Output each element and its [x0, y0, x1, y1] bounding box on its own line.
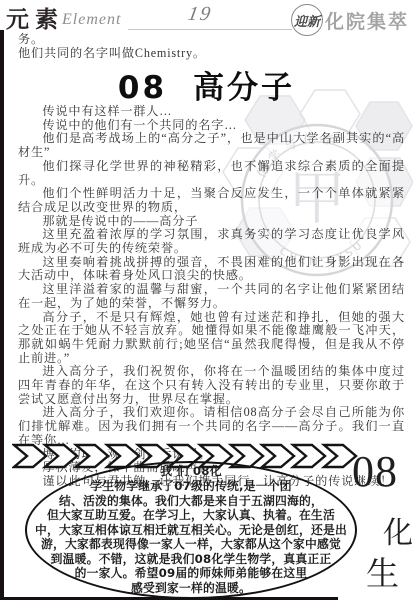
oval-line: 中，大家互相体谅互相迁就互相关心。无论是创红，还是出 — [35, 523, 347, 538]
oval-line: 结、活泼的集体。我们大都是来自于五湖四海的， — [59, 494, 323, 509]
scanned-page: 化学与化学 CHEM SYSU 甲 元素 Element 19 迎新 化院集萃 … — [0, 0, 413, 600]
side-label-number: 08 — [352, 446, 398, 497]
oval-line: 我 们 08化 — [160, 464, 221, 479]
masthead-logo-zh: 元素 — [6, 1, 64, 34]
paragraph: 传说中有这样一群人… — [18, 105, 405, 119]
oval-line: 到温暖。不错，这就是我们08化学生物学，真真正正 — [51, 552, 332, 567]
carryover-text: 务。 他们共同的名字叫做Chemistry。 — [18, 33, 405, 61]
header-rule — [128, 29, 292, 30]
article-title-text: 高分子 — [193, 70, 295, 106]
section-badge-label: 化院集萃 — [325, 7, 409, 34]
paragraph: 这里奏响着挑战拼搏的强音，不畏困难的他们让身影出现在各大活动中，体味着身处风口浪… — [18, 256, 405, 283]
section-badge: 迎新 化院集萃 — [291, 4, 409, 36]
oval-line: 但大家互助互爱。在学习上，大家认真、执着。在生活 — [47, 508, 335, 523]
paragraph: 他们是高考战场上的“高分之子”，也是中山大学名副其实的“高材生” — [18, 132, 405, 159]
paragraph: 进入高分子，我们欢迎你。请相信08高分子会尽自己所能为你们排忧解难。因为我们拥有… — [18, 406, 405, 447]
oval-line: 学生物学继承了07级的传统,是一个团 — [90, 479, 291, 494]
article-body: 传说中有这样一群人… 传说中的他们有一个共同的名字… 他们是高考战场上的“高分之… — [18, 105, 405, 489]
carryover-line: 他们共同的名字叫做Chemistry。 — [18, 47, 405, 61]
paragraph: 他们探寻化学世界的神秘精彩，也不懈追求综合素质的全面提升。 — [18, 160, 405, 187]
welcome-stamp-icon: 迎新 — [291, 4, 323, 36]
article-title-number: 08 — [118, 70, 167, 106]
oval-line: 游，大家都表现得像一家人一样，大家都从这个家中感觉 — [41, 537, 341, 552]
masthead-logo-en: Element — [62, 11, 121, 29]
paragraph: 他们个性鲜明活力十足，当聚合反应发生，一个个单体就紧紧结合成足以改变世界的物质， — [18, 187, 405, 214]
oval-line: 的一家人。希望09届的师妹师弟能够在这里 — [75, 566, 308, 581]
paragraph: 进入高分子，我们祝贺你，你将在一个温暖团结的集体中度过四年青春的年华，在这个只有… — [18, 365, 405, 406]
carryover-line: 务。 — [18, 33, 405, 47]
paragraph: 这里洋溢着家的温馨与甜蜜，一个共同的名字让他们紧紧团结在一起，为了她的荣誉，不懈… — [18, 283, 405, 310]
side-label-char-sheng: 生 — [366, 548, 399, 595]
side-label-char-hua: 化 — [383, 508, 413, 552]
oval-line: 感受到家一样的温暖。 — [131, 581, 251, 596]
class-intro-oval: 我 们 08化 学生物学继承了07级的传统,是一个团 结、活泼的集体。我们大都是… — [25, 461, 357, 599]
scan-edge-left — [0, 30, 4, 600]
page-number: 19 — [186, 3, 214, 26]
paragraph: 高分子，不是只有辉煌，她也曾有过迷茫和挣扎，但她的强大之处正在于她从不轻言放弃。… — [18, 311, 405, 366]
paragraph: 这里充盈着浓厚的学习氛围，求真务实的学习态度让优良学风班成为必不可失的传统荣誉。 — [18, 228, 405, 255]
article-title: 08高分子 — [0, 62, 413, 107]
